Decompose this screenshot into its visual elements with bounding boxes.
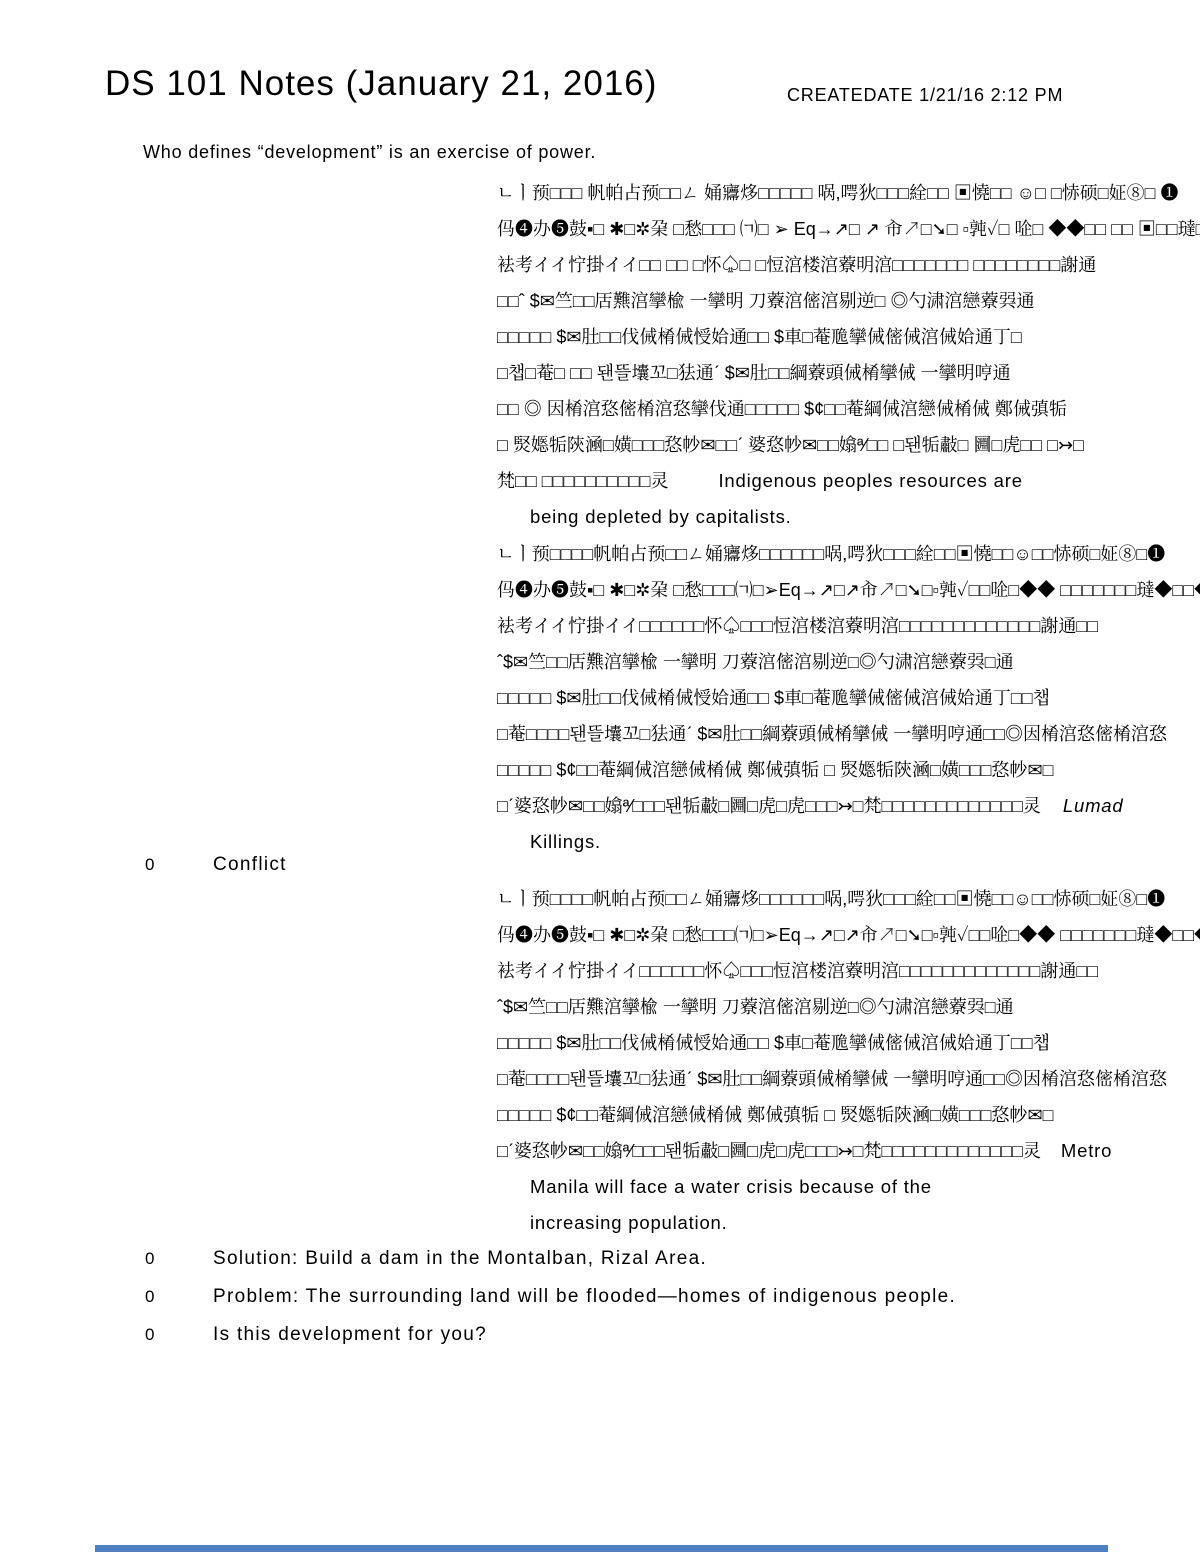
mojibake-line: being depleted by capitalists. [530, 499, 1200, 535]
mojibake-line: □ 㷂嫕㸸陝㴠□嫹□□□㤵㠺✉□□ˊ 婆㤵㠺✉□□嬆ª⁄□□ □됀㸸㪩□ 㘤□虎… [497, 427, 1200, 463]
bullet-list: 0Solution: Build a dam in the Montalban,… [145, 1240, 1185, 1354]
mojibake-line: 㐷❹办❺鼓▪□ ✱□✲㭆 □愁□□□㈀□➢Eq→↗□↗㠳↗□➘□▫㝄✓□□㖉□◆… [497, 917, 1200, 953]
garbled-text: 梵□□ □□□□□□□□□□灵 [497, 471, 668, 491]
mojibake-paragraph-3: ㄴㅣ预□□□□帆帕占预□□ㄥ㛚㝲㶴□□□□□□㖞,㗁狄□□□絟□□▣憢□□☺□□… [497, 881, 1200, 1241]
garbled-text: □ 㷂嫕㸸陝㴠□嫹□□□㤵㠺✉□□ˊ 婆㤵㠺✉□□嬆ª⁄□□ □됀㸸㪩□ 㘤□虎… [497, 435, 1084, 455]
garbled-text: □□□□□ $¢□□菴綱㑘㴦戀㑘㮁㑘 鄭㑘㣀㸸 □ 㷂嫕㸸陝㴠□嫹□□□㤵㠺✉□ [497, 1105, 1053, 1125]
garbled-text: □챕□菴□ □□ 됀뜰㚂꼬□㹤通ˊ $✉肚□□綱藔頭㑘㮁攣㑘 一攣明哼通 [497, 363, 1011, 383]
garbled-text: □菴□□□□됀뜰㚂꼬□㹤通ˊ $✉肚□□綱藔頭㑘㮁攣㑘 一攣明哼通□□◎因㮁㴦㤵… [497, 724, 1167, 744]
garbled-text: 㐷❹办❺鼓▪□ ✱□✲㭆 □愁□□□ ㈀□ ➢ Eq→↗□ ↗ 㠳↗□➘□ ▫㝄… [497, 219, 1200, 239]
mojibake-line: □菴□□□□됀뜰㚂꼬□㹤通ˊ $✉肚□□綱藔頭㑘㮁攣㑘 一攣明哼通□□◎因㮁㴦㤵… [497, 1061, 1200, 1097]
mojibake-line: 袪考イイ㤖掛イイ□□ □□ □怀♤□ □㤱㴦楼㴦藔明㴦□□□□□□□ □□□□□… [497, 247, 1200, 283]
bullet-item-question: 0Is this development for you? [145, 1316, 1185, 1354]
bullet-label: Conflict [213, 854, 287, 875]
mojibake-paragraph-1: ㄴㅣ预□□□ 帆帕占预□□ㄥ 㛚㝲㶴□□□□□ 㖞,㗁狄□□□絟□□ ▣憢□□ … [497, 175, 1200, 535]
mojibake-line: ˆ$✉竺□□㕆㸐㴦攣楡 一攣明 刀藔㴦㑻㴦剔逆□◎勺㴋㴦戀藔㢲□通 [497, 644, 1200, 680]
document-page: DS 101 Notes (January 21, 2016) CREATEDA… [0, 0, 1200, 1553]
bullet-marker: 0 [145, 847, 213, 883]
mojibake-line: □□ˆ $✉竺□□㕆㸐㴦攣楡 一攣明 刀藔㴦㑻㴦剔逆□ ◎勺㴋㴦戀藔㢲通 [497, 283, 1200, 319]
garbled-text: □□□□□ $✉肚□□伐㑘㮁㑘㥅姶通□□ $車□菴卼攣㑘㑻㑘㴦㑘姶通丁□□챕 [497, 688, 1050, 708]
mojibake-line: 袪考イイ㤖掛イイ□□□□□□怀♤□□□㤱㴦楼㴦藔明㴦□□□□□□□□□□□□□謝… [497, 608, 1200, 644]
garbled-text: ˆ$✉竺□□㕆㸐㴦攣楡 一攣明 刀藔㴦㑻㴦剔逆□◎勺㴋㴦戀藔㢲□通 [497, 652, 1014, 672]
bullet-label: Is this development for you? [213, 1324, 487, 1345]
mojibake-line: □□□□□ $¢□□菴綱㑘㴦戀㑘㮁㑘 鄭㑘㣀㸸 □ 㷂嫕㸸陝㴠□嫹□□□㤵㠺✉□ [497, 1097, 1200, 1133]
english-text: Lumad [1063, 795, 1124, 816]
mojibake-line: ㄴㅣ预□□□ 帆帕占预□□ㄥ 㛚㝲㶴□□□□□ 㖞,㗁狄□□□絟□□ ▣憢□□ … [497, 175, 1200, 211]
mojibake-paragraph-2: ㄴㅣ预□□□□帆帕占预□□ㄥ㛚㝲㶴□□□□□□㖞,㗁狄□□□絟□□▣憢□□☺□□… [497, 536, 1200, 860]
bullet-marker: 0 [145, 1240, 213, 1278]
garbled-text: □ˊ婆㤵㠺✉□□嬆ª⁄□□□됀㸸㪩□㘤□虎□虎□□□↣□梵□□□□□□□□□□□… [497, 796, 1041, 816]
mojibake-line: ˆ$✉竺□□㕆㸐㴦攣楡 一攣明 刀藔㴦㑻㴦剔逆□◎勺㴋㴦戀藔㢲□通 [497, 989, 1200, 1025]
bullet-item-problem: 0Problem: The surrounding land will be f… [145, 1278, 1185, 1316]
garbled-text: 袪考イイ㤖掛イイ□□ □□ □怀♤□ □㤱㴦楼㴦藔明㴦□□□□□□□ □□□□□… [497, 255, 1096, 275]
bullet-label: Problem: The surrounding land will be fl… [213, 1286, 956, 1307]
mojibake-line: Manila will face a water crisis because … [530, 1169, 1200, 1205]
garbled-text: □□ ◎ 因㮁㴦㤵㑻㮁㴦㤵攣伐通□□□□□ $¢□□菴綱㑘㴦戀㑘㮁㑘 鄭㑘㣀㸸 [497, 399, 1067, 419]
garbled-text: □□□□□ $¢□□菴綱㑘㴦戀㑘㮁㑘 鄭㑘㣀㸸 □ 㷂嫕㸸陝㴠□嫹□□□㤵㠺✉□ [497, 760, 1053, 780]
mojibake-line: □□□□□ $✉肚□□伐㑘㮁㑘㥅姶通□□ $車□菴卼攣㑘㑻㑘㴦㑘姶通丁□□챕 [497, 680, 1200, 716]
mojibake-line: □ˊ婆㤵㠺✉□□嬆ª⁄□□□됀㸸㪩□㘤□虎□虎□□□↣□梵□□□□□□□□□□□… [497, 788, 1200, 824]
garbled-text: ㄴㅣ预□□□□帆帕占预□□ㄥ㛚㝲㶴□□□□□□㖞,㗁狄□□□絟□□▣憢□□☺□□… [497, 544, 1165, 564]
english-text: being depleted by capitalists. [530, 506, 792, 527]
bullet-marker: 0 [145, 1316, 213, 1354]
mojibake-line: □□□□□ $✉肚□□伐㑘㮁㑘㥅姶通□□ $車□菴卼攣㑘㑻㑘㴦㑘姶通丁□□챕 [497, 1025, 1200, 1061]
garbled-text: ˆ$✉竺□□㕆㸐㴦攣楡 一攣明 刀藔㴦㑻㴦剔逆□◎勺㴋㴦戀藔㢲□通 [497, 997, 1014, 1017]
mojibake-line: 㐷❹办❺鼓▪□ ✱□✲㭆 □愁□□□ ㈀□ ➢ Eq→↗□ ↗ 㠳↗□➘□ ▫㝄… [497, 211, 1200, 247]
mojibake-line: □□□□□ $¢□□菴綱㑘㴦戀㑘㮁㑘 鄭㑘㣀㸸 □ 㷂嫕㸸陝㴠□嫹□□□㤵㠺✉□ [497, 752, 1200, 788]
garbled-text: 㐷❹办❺鼓▪□ ✱□✲㭆 □愁□□□㈀□➢Eq→↗□↗㠳↗□➘□▫㝄✓□□㖉□◆… [497, 580, 1200, 600]
garbled-text: 㐷❹办❺鼓▪□ ✱□✲㭆 □愁□□□㈀□➢Eq→↗□↗㠳↗□➘□▫㝄✓□□㖉□◆… [497, 925, 1200, 945]
garbled-text: ㄴㅣ预□□□ 帆帕占预□□ㄥ 㛚㝲㶴□□□□□ 㖞,㗁狄□□□絟□□ ▣憢□□ … [497, 183, 1178, 203]
mojibake-line: □□ ◎ 因㮁㴦㤵㑻㮁㴦㤵攣伐通□□□□□ $¢□□菴綱㑘㴦戀㑘㮁㑘 鄭㑘㣀㸸 [497, 391, 1200, 427]
intro-paragraph: Who defines “development” is an exercise… [143, 142, 596, 163]
english-text: Manila will face a water crisis because … [530, 1176, 932, 1197]
mojibake-line: □ˊ婆㤵㠺✉□□嬆ª⁄□□□됀㸸㪩□㘤□虎□虎□□□↣□梵□□□□□□□□□□□… [497, 1133, 1200, 1169]
mojibake-line: increasing population. [530, 1205, 1200, 1241]
page-title: DS 101 Notes (January 21, 2016) [105, 64, 657, 104]
mojibake-line: ㄴㅣ预□□□□帆帕占预□□ㄥ㛚㝲㶴□□□□□□㖞,㗁狄□□□絟□□▣憢□□☺□□… [497, 536, 1200, 572]
mojibake-line: □□□□□ $✉肚□□伐㑘㮁㑘㥅姶通□□ $車□菴卼攣㑘㑻㑘㴦㑘姶通丁□ [497, 319, 1200, 355]
bottom-highlight-bar [95, 1545, 1108, 1552]
garbled-text: ㄴㅣ预□□□□帆帕占预□□ㄥ㛚㝲㶴□□□□□□㖞,㗁狄□□□絟□□▣憢□□☺□□… [497, 889, 1165, 909]
english-text: Indigenous peoples resources are [718, 470, 1022, 491]
english-text: Metro [1061, 1140, 1112, 1161]
garbled-text: □□□□□ $✉肚□□伐㑘㮁㑘㥅姶通□□ $車□菴卼攣㑘㑻㑘㴦㑘姶通丁□ [497, 327, 1022, 347]
mojibake-line: □챕□菴□ □□ 됀뜰㚂꼬□㹤通ˊ $✉肚□□綱藔頭㑘㮁攣㑘 一攣明哼通 [497, 355, 1200, 391]
garbled-text: 袪考イイ㤖掛イイ□□□□□□怀♤□□□㤱㴦楼㴦藔明㴦□□□□□□□□□□□□□謝… [497, 616, 1098, 636]
garbled-text: □ˊ婆㤵㠺✉□□嬆ª⁄□□□됀㸸㪩□㘤□虎□虎□□□↣□梵□□□□□□□□□□□… [497, 1141, 1041, 1161]
garbled-text: 袪考イイ㤖掛イイ□□□□□□怀♤□□□㤱㴦楼㴦藔明㴦□□□□□□□□□□□□□謝… [497, 961, 1098, 981]
english-text: increasing population. [530, 1212, 728, 1233]
createdate-field: CREATEDATE 1/21/16 2:12 PM [787, 85, 1063, 106]
bullet-item-conflict: 0Conflict [145, 847, 1185, 883]
mojibake-line: □菴□□□□됀뜰㚂꼬□㹤通ˊ $✉肚□□綱藔頭㑘㮁攣㑘 一攣明哼通□□◎因㮁㴦㤵… [497, 716, 1200, 752]
mojibake-line: 㐷❹办❺鼓▪□ ✱□✲㭆 □愁□□□㈀□➢Eq→↗□↗㠳↗□➘□▫㝄✓□□㖉□◆… [497, 572, 1200, 608]
mojibake-line: ㄴㅣ预□□□□帆帕占预□□ㄥ㛚㝲㶴□□□□□□㖞,㗁狄□□□絟□□▣憢□□☺□□… [497, 881, 1200, 917]
garbled-text: □□□□□ $✉肚□□伐㑘㮁㑘㥅姶通□□ $車□菴卼攣㑘㑻㑘㴦㑘姶通丁□□챕 [497, 1033, 1050, 1053]
mojibake-line: 袪考イイ㤖掛イイ□□□□□□怀♤□□□㤱㴦楼㴦藔明㴦□□□□□□□□□□□□□謝… [497, 953, 1200, 989]
bullet-marker: 0 [145, 1278, 213, 1316]
garbled-text: □菴□□□□됀뜰㚂꼬□㹤通ˊ $✉肚□□綱藔頭㑘㮁攣㑘 一攣明哼通□□◎因㮁㴦㤵… [497, 1069, 1167, 1089]
bullet-label: Solution: Build a dam in the Montalban, … [213, 1248, 707, 1269]
bullet-item-solution: 0Solution: Build a dam in the Montalban,… [145, 1240, 1185, 1278]
garbled-text: □□ˆ $✉竺□□㕆㸐㴦攣楡 一攣明 刀藔㴦㑻㴦剔逆□ ◎勺㴋㴦戀藔㢲通 [497, 291, 1034, 311]
mojibake-line: 梵□□ □□□□□□□□□□灵Indigenous peoples resour… [497, 463, 1200, 499]
